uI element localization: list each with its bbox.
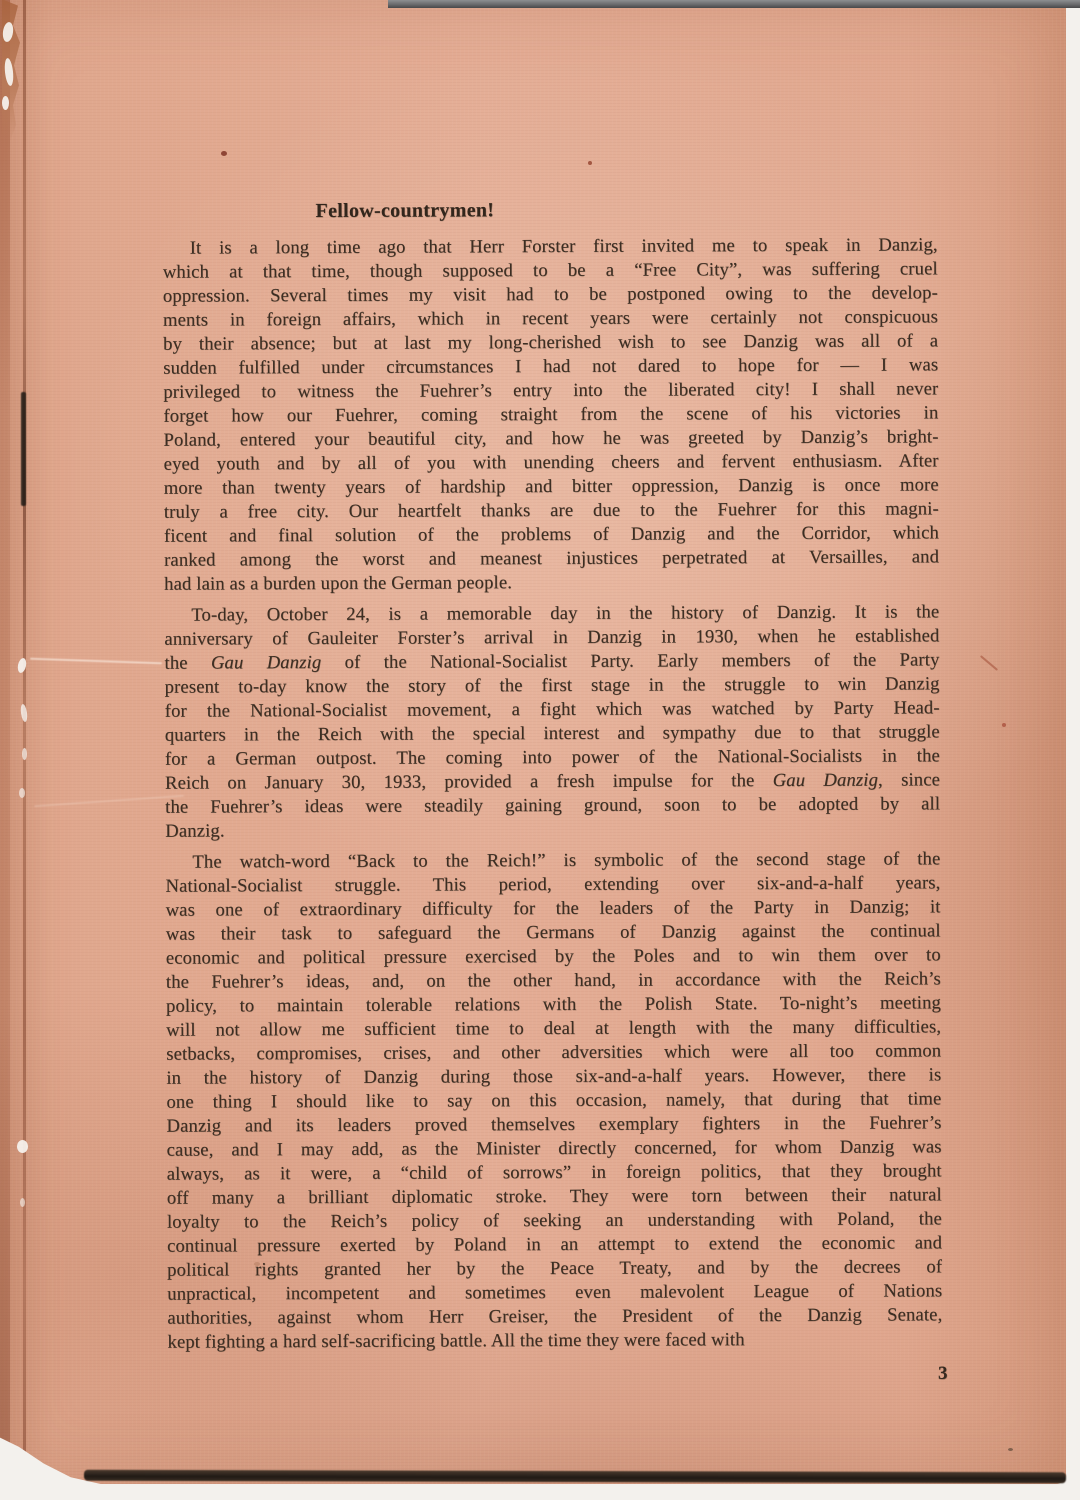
text-line: forget how our Fuehrer, coming straight … [163, 401, 938, 428]
text-line: Danzig. [165, 816, 940, 843]
stain-speck [221, 151, 227, 156]
text-line: the Gau Danzig of the National-Socialist… [164, 648, 939, 675]
staple-fleck [22, 748, 27, 760]
spine-edge-streak [0, 0, 10, 1480]
scanned-page: { "document": { "heading": "Fellow-count… [0, 0, 1080, 1500]
text-line: political rights granted her by the Peac… [167, 1255, 942, 1282]
text-line: the Fuehrer’s ideas, and, on the other h… [166, 967, 941, 994]
text-line: privileged to witness the Fuehrer’s entr… [163, 377, 938, 404]
text-line: ments in foreign affairs, which in recen… [163, 305, 938, 332]
text-line: was one of extraordinary difficulty for … [166, 895, 941, 922]
stain-speck [1002, 723, 1006, 727]
text-line: truly a free city. Our heartfelt thanks … [164, 497, 939, 524]
text-line: in the history of Danzig during those si… [166, 1063, 941, 1090]
text-line: continual pressure exerted by Poland in … [167, 1231, 942, 1258]
text-line: ranked among the worst and meanest injus… [164, 545, 939, 572]
text-line: It is a long time ago that Herr Forster … [163, 233, 938, 260]
page-heading: Fellow-countrymen! [315, 196, 937, 223]
scanner-top-strip [388, 0, 1080, 8]
text-line: kept fighting a hard self-sacrificing ba… [167, 1327, 942, 1354]
paragraph: It is a long time ago that Herr Forster … [163, 233, 940, 596]
text-line: Poland, entered your beautiful city, and… [163, 425, 938, 452]
text-line: Danzig and its leaders proved themselves… [166, 1111, 941, 1138]
text-line: which at that time, though supposed to b… [163, 257, 938, 284]
spine-crease-dark-segment [21, 392, 26, 506]
paper-tear-fleck [2, 96, 9, 110]
text-line: one thing I should like to say on this o… [166, 1087, 941, 1114]
text-line: authorities, against whom Herr Greiser, … [167, 1303, 942, 1330]
text-line: eyed youth and by all of you with unendi… [164, 449, 939, 476]
text-line: for a German outpost. The coming into po… [165, 744, 940, 771]
text-line: off many a brilliant diplomatic stroke. … [167, 1183, 942, 1210]
text-line: will not allow me sufficient time to dea… [166, 1015, 941, 1042]
text-line: loyalty to the Reich’s policy of seeking… [167, 1207, 942, 1234]
text-block: Fellow-countrymen! It is a long time ago… [162, 196, 942, 1354]
text-line: Reich on January 30, 1933, provided a fr… [165, 768, 940, 795]
paragraph: The watch-word “Back to the Reich!” is s… [165, 847, 942, 1354]
text-line: ficent and final solution of the problem… [164, 521, 939, 548]
text-line: quarters in the Reich with the special i… [165, 720, 940, 747]
paragraph: To-day, October 24, is a memorable day i… [164, 600, 940, 843]
text-line: had lain as a burden upon the German peo… [164, 569, 939, 596]
text-line: was their task to safeguard the Germans … [166, 919, 941, 946]
text-line: always, as it were, a “child of sorrows”… [167, 1159, 942, 1186]
text-line: economic and political pressure exercise… [166, 943, 941, 970]
text-line: To-day, October 24, is a memorable day i… [164, 600, 939, 627]
paragraphs: It is a long time ago that Herr Forster … [163, 233, 943, 1354]
text-line: by their absence; but at last my long-ch… [163, 329, 938, 356]
text-line: sudden fulfilled under circumstances I h… [163, 353, 938, 380]
text-line: National-Socialist struggle. This period… [165, 871, 940, 898]
stain-speck [1008, 1448, 1013, 1451]
text-line: unpractical, incompetent and sometimes e… [167, 1279, 942, 1306]
page-number: 3 [938, 1363, 962, 1385]
text-line: for the National-Socialist movement, a f… [165, 696, 940, 723]
text-line: The watch-word “Back to the Reich!” is s… [165, 847, 940, 874]
stain-speck [588, 161, 592, 165]
text-line: oppression. Several times my visit had t… [163, 281, 938, 308]
staple-fleck [20, 1198, 25, 1207]
text-line: setbacks, compromises, crises, and other… [166, 1039, 941, 1066]
text-line: present to-day know the story of the fir… [165, 672, 940, 699]
spine-crease [23, 0, 26, 1462]
text-line: cause, and I may add, as the Minister di… [167, 1135, 942, 1162]
text-line: more than twenty years of hardship and b… [164, 473, 939, 500]
text-line: policy, to maintain tolerable relations … [166, 991, 941, 1018]
staple-fleck [17, 1140, 28, 1153]
text-line: the Fuehrer’s ideas were steadily gainin… [165, 792, 940, 819]
text-line: anniversary of Gauleiter Forster’s arriv… [164, 624, 939, 651]
staple-fleck [19, 788, 25, 798]
